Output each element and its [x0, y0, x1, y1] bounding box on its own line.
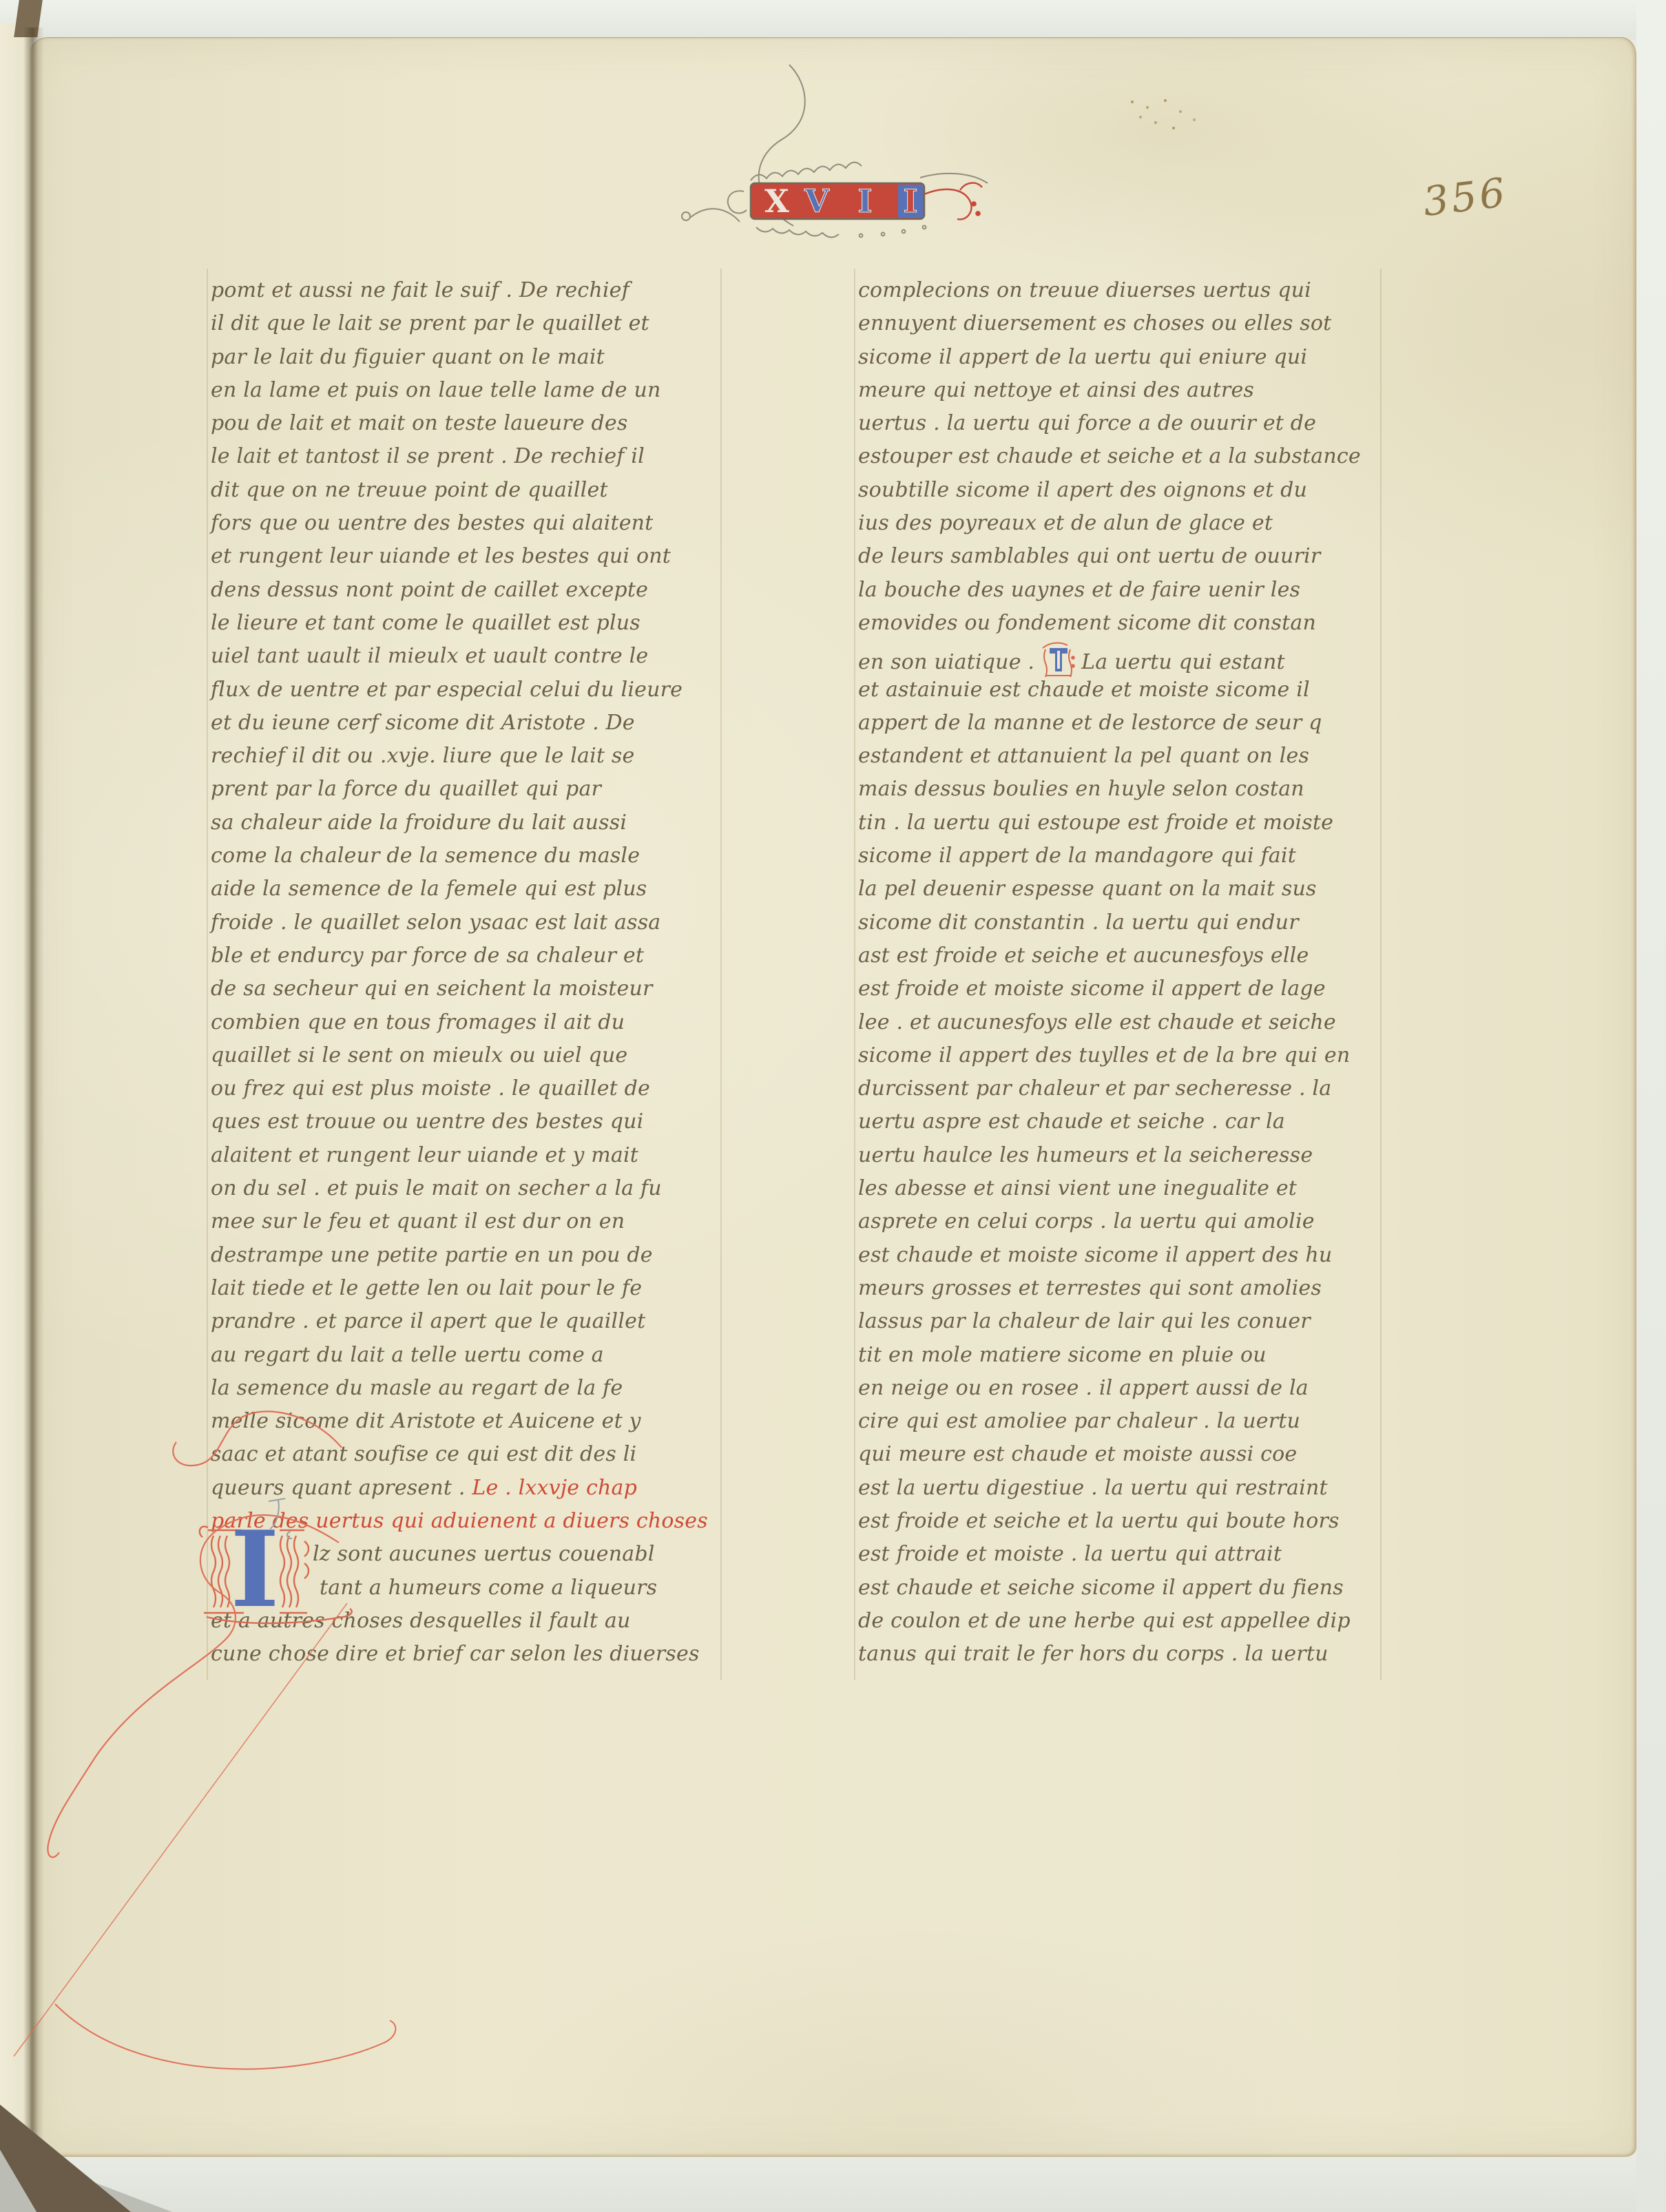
photo-bottom-strip [0, 2156, 1666, 2212]
manuscript-line: ius des poyreaux et de alun de glace et [858, 507, 1382, 540]
text-column-right: complecions on treuue diuerses uertus qu… [858, 274, 1382, 1671]
manuscript-line: appert de la manne et de lestorce de seu… [858, 707, 1382, 740]
manuscript-line: et astainuie est chaude et moiste sicome… [858, 674, 1382, 707]
manuscript-line: ast est froide et seiche et aucunesfoys … [858, 939, 1382, 972]
ruling-line [854, 269, 855, 1680]
body-text: ast est froide et seiche et aucunesfoys … [858, 943, 1309, 968]
manuscript-line: asprete en celui corps . la uertu qui am… [858, 1205, 1382, 1238]
body-text: et du ieune cerf sicome dit Aristote . D… [211, 711, 635, 735]
body-text: cire qui est amoliee par chaleur . la ue… [858, 1409, 1300, 1433]
body-text: sicome dit constantin . la uertu qui end… [858, 910, 1299, 935]
manuscript-line: prent par la force du quaillet qui par [211, 773, 722, 806]
manuscript-line: par le lait du figuier quant on le mait [211, 341, 722, 374]
manuscript-line: et du ieune cerf sicome dit Aristote . D… [211, 707, 722, 740]
photo-right-strip [1636, 0, 1666, 2212]
manuscript-line: ble et endurcy par force de sa chaleur e… [211, 939, 722, 972]
manuscript-line: en neige ou en rosee . il appert aussi d… [858, 1372, 1382, 1405]
manuscript-line: est la uertu digestiue . la uertu qui re… [858, 1472, 1382, 1505]
numeral-letter: V [804, 182, 830, 220]
manuscript-line: mee sur le feu et quant il est dur on en [211, 1205, 722, 1238]
body-text: en la lame et puis on laue telle lame de… [211, 378, 661, 402]
manuscript-line: lait tiede et le gette len ou lait pour … [211, 1272, 722, 1305]
body-text: lee . et aucunesfoys elle est chaude et … [858, 1010, 1336, 1034]
manuscript-line: sicome il appert des tuylles et de la br… [858, 1039, 1382, 1072]
manuscript-line: est chaude et seiche sicome il appert du… [858, 1572, 1382, 1605]
manuscript-line: destrampe une petite partie en un pou de [211, 1239, 722, 1272]
header-numeral-ornament: X V I I [647, 55, 1019, 241]
body-text: quaillet si le sent on mieulx ou uiel qu… [211, 1043, 627, 1067]
manuscript-line: est froide et seiche et la uertu qui bou… [858, 1505, 1382, 1538]
manuscript-line: combien que en tous fromages il ait du [211, 1006, 722, 1039]
manuscript-line: rechief il dit ou .xvje. liure que le la… [211, 740, 722, 773]
manuscript-line: de leurs samblables qui ont uertu de ouu… [858, 540, 1382, 573]
body-text: la pel deuenir espesse quant on la mait … [858, 877, 1317, 901]
numeral-letter: X [764, 182, 789, 220]
rubric-text: Le . lxxvje chap [472, 1476, 637, 1500]
manuscript-line: de sa secheur qui en seichent la moisteu… [211, 972, 722, 1005]
manuscript-line: complecions on treuue diuerses uertus qu… [858, 274, 1382, 307]
body-text: tin . la uertu qui estoupe est froide et… [858, 811, 1333, 835]
paragraph-mark-ornament [1041, 640, 1076, 678]
body-text: et astainuie est chaude et moiste sicome… [858, 678, 1310, 702]
manuscript-line: fors que ou uentre des bestes qui alaite… [211, 507, 722, 540]
body-text: il dit que le lait se prent par le quail… [211, 311, 649, 335]
body-text: est chaude et seiche sicome il appert du… [858, 1576, 1344, 1600]
body-text: estouper est chaude et seiche et a la su… [858, 444, 1361, 468]
manuscript-line: les abesse et ainsi vient une inegualite… [858, 1172, 1382, 1205]
manuscript-line: on du sel . et puis le mait on secher a … [211, 1172, 722, 1205]
manuscript-line: emovides ou fondement sicome dit constan [858, 607, 1382, 640]
body-text: sicome il appert de la mandagore qui fai… [858, 844, 1296, 868]
manuscript-line: lassus par la chaleur de lair qui les co… [858, 1305, 1382, 1338]
manuscript-line: durcissent par chaleur et par secheresse… [858, 1072, 1382, 1105]
body-text: ius des poyreaux et de alun de glace et [858, 511, 1273, 535]
body-text: sa chaleur aide la froidure du lait auss… [211, 811, 627, 835]
manuscript-line: aide la semence de la femele qui est plu… [211, 873, 722, 906]
numeral-letter: I [857, 182, 873, 220]
body-text: pou de lait et mait on teste laueure des [211, 411, 627, 435]
manuscript-line: meurs grosses et terrestes qui sont amol… [858, 1272, 1382, 1305]
body-text: ou frez qui est plus moiste . le quaille… [211, 1076, 650, 1100]
body-text: asprete en celui corps . la uertu qui am… [858, 1209, 1315, 1233]
manuscript-line: alaitent et rungent leur uiande et y mai… [211, 1139, 722, 1172]
manuscript-line: de coulon et de une herbe qui est appell… [858, 1605, 1382, 1638]
body-text: ennuyent diuersement es choses ou elles … [858, 311, 1331, 335]
body-text: ques est trouue ou uentre des bestes qui [211, 1109, 643, 1134]
body-text: est chaude et moiste sicome il appert de… [858, 1243, 1332, 1267]
manuscript-line: en la lame et puis on laue telle lame de… [211, 374, 722, 407]
body-text: combien que en tous fromages il ait du [211, 1010, 625, 1034]
body-text: froide . le quaillet selon ysaac est lai… [211, 910, 660, 935]
body-text: emovides ou fondement sicome dit constan [858, 611, 1316, 635]
manuscript-line: sa chaleur aide la froidure du lait auss… [211, 806, 722, 839]
body-text: aide la semence de la femele qui est plu… [211, 877, 647, 901]
body-text: lait tiede et le gette len ou lait pour … [211, 1276, 642, 1300]
body-text: uertus . la uertu qui force a de ouurir … [858, 411, 1316, 435]
manuscript-line: tit en mole matiere sicome en pluie ou [858, 1339, 1382, 1372]
body-text: on du sel . et puis le mait on secher a … [211, 1176, 662, 1200]
body-text: come la chaleur de la semence du masle [211, 844, 640, 868]
body-text: de sa secheur qui en seichent la moisteu… [211, 977, 653, 1001]
manuscript-line: uiel tant uault il mieulx et uault contr… [211, 640, 722, 673]
body-text: le lait et tantost il se prent . De rech… [211, 444, 645, 468]
manuscript-line: meure qui nettoye et ainsi des autres [858, 374, 1382, 407]
manuscript-line: en son uiatique . La uertu qui estant [858, 640, 1382, 673]
manuscript-line: dit que on ne treuue point de quaillet [211, 474, 722, 507]
manuscript-line: mais dessus boulies en huyle selon costa… [858, 773, 1382, 806]
body-text: tit en mole matiere sicome en pluie ou [858, 1343, 1267, 1367]
numeral-letter: I [903, 182, 918, 220]
body-text: au regart du lait a telle uertu come a [211, 1343, 604, 1367]
body-text: de leurs samblables qui ont uertu de ouu… [858, 544, 1320, 568]
body-text: sicome il appert des tuylles et de la br… [858, 1043, 1350, 1067]
manuscript-line: sicome il appert de la mandagore qui fai… [858, 839, 1382, 873]
manuscript-line: prandre . et parce il apert que le quail… [211, 1305, 722, 1338]
manuscript-line: cire qui est amoliee par chaleur . la ue… [858, 1405, 1382, 1438]
manuscript-line: uertus . la uertu qui force a de ouurir … [858, 407, 1382, 440]
body-text: alaitent et rungent leur uiande et y mai… [211, 1143, 638, 1167]
body-text: durcissent par chaleur et par secheresse… [858, 1076, 1331, 1100]
manuscript-line: estouper est chaude et seiche et a la su… [858, 440, 1382, 473]
body-text: ble et endurcy par force de sa chaleur e… [211, 943, 644, 968]
manuscript-line: ques est trouue ou uentre des bestes qui [211, 1105, 722, 1138]
manuscript-line: ou frez qui est plus moiste . le quaille… [211, 1072, 722, 1105]
body-text: uertu haulce les humeurs et la seicheres… [858, 1143, 1313, 1167]
body-text: rechief il dit ou .xvje. liure que le la… [211, 744, 634, 768]
manuscript-line: et rungent leur uiande et les bestes qui… [211, 540, 722, 573]
body-text: le lieure et tant come le quaillet est p… [211, 611, 641, 635]
body-text: sicome il appert de la uertu qui eniure … [858, 345, 1307, 369]
body-text: uiel tant uault il mieulx et uault contr… [211, 644, 648, 668]
body-text: dens dessus nont point de caillet except… [211, 578, 648, 602]
body-text: pomt et aussi ne fait le suif . De rechi… [211, 278, 629, 302]
manuscript-line: soubtille sicome il apert des oignons et… [858, 474, 1382, 507]
manuscript-photo: X V I I 356 pomt et aussi ne fait le sui… [0, 0, 1666, 2212]
manuscript-line: quaillet si le sent on mieulx ou uiel qu… [211, 1039, 722, 1072]
body-text: est froide et moiste sicome il appert de… [858, 977, 1326, 1001]
body-text: tanus qui trait le fer hors du corps . l… [858, 1642, 1329, 1666]
manuscript-line: au regart du lait a telle uertu come a [211, 1339, 722, 1372]
body-text: dit que on ne treuue point de quaillet [211, 478, 608, 502]
body-text: est froide et moiste . la uertu qui attr… [858, 1542, 1282, 1566]
body-text: destrampe une petite partie en un pou de [211, 1243, 653, 1267]
body-text: est la uertu digestiue . la uertu qui re… [858, 1476, 1328, 1500]
body-text: complecions on treuue diuerses uertus qu… [858, 278, 1311, 302]
body-text: et rungent leur uiande et les bestes qui… [211, 544, 671, 568]
photo-top-strip [0, 0, 1666, 40]
manuscript-line: il dit que le lait se prent par le quail… [211, 307, 722, 340]
body-text: la bouche des uaynes et de faire uenir l… [858, 578, 1300, 602]
manuscript-line: tanus qui trait le fer hors du corps . l… [858, 1638, 1382, 1671]
body-text: lassus par la chaleur de lair qui les co… [858, 1309, 1311, 1333]
parchment-stain [1131, 101, 1134, 103]
body-text: meurs grosses et terrestes qui sont amol… [858, 1276, 1322, 1300]
body-text: meure qui nettoye et ainsi des autres [858, 378, 1254, 402]
manuscript-line: estandent et attanuient la pel quant on … [858, 740, 1382, 773]
body-text: les abesse et ainsi vient une inegualite… [858, 1176, 1297, 1200]
body-text: mee sur le feu et quant il est dur on en [211, 1209, 625, 1233]
manuscript-line: la pel deuenir espesse quant on la mait … [858, 873, 1382, 906]
body-text: en son uiatique . [858, 650, 1034, 674]
body-text: de coulon et de une herbe qui est appell… [858, 1609, 1351, 1633]
manuscript-line: est chaude et moiste sicome il appert de… [858, 1239, 1382, 1272]
manuscript-line: est froide et moiste . la uertu qui attr… [858, 1538, 1382, 1571]
body-text: fors que ou uentre des bestes qui alaite… [211, 511, 653, 535]
manuscript-line: uertu aspre est chaude et seiche . car l… [858, 1105, 1382, 1138]
manuscript-line: est froide et moiste sicome il appert de… [858, 972, 1382, 1005]
manuscript-line: la bouche des uaynes et de faire uenir l… [858, 574, 1382, 607]
manuscript-line: uertu haulce les humeurs et la seicheres… [858, 1139, 1382, 1172]
body-text: prandre . et parce il apert que le quail… [211, 1309, 645, 1333]
manuscript-line: froide . le quaillet selon ysaac est lai… [211, 906, 722, 939]
body-text: soubtille sicome il apert des oignons et… [858, 478, 1307, 502]
numeral-band: X V I I [751, 182, 924, 220]
manuscript-line: sicome il appert de la uertu qui eniure … [858, 341, 1382, 374]
body-text: mais dessus boulies en huyle selon costa… [858, 777, 1304, 801]
manuscript-line: sicome dit constantin . la uertu qui end… [858, 906, 1382, 939]
body-text: flux de uentre et par especial celui du … [211, 678, 683, 702]
body-text: par le lait du figuier quant on le mait [211, 345, 605, 369]
body-text: prent par la force du quaillet qui par [211, 777, 601, 801]
body-text: La uertu qui estant [1081, 650, 1285, 674]
manuscript-line: dens dessus nont point de caillet except… [211, 574, 722, 607]
manuscript-line: come la chaleur de la semence du masle [211, 839, 722, 873]
manuscript-line: tin . la uertu qui estoupe est froide et… [858, 806, 1382, 839]
body-text: est froide et seiche et la uertu qui bou… [858, 1509, 1340, 1533]
manuscript-line: ennuyent diuersement es choses ou elles … [858, 307, 1382, 340]
manuscript-line: le lieure et tant come le quaillet est p… [211, 607, 722, 640]
manuscript-line: pomt et aussi ne fait le suif . De rechi… [211, 274, 722, 307]
body-text: qui meure est chaude et moiste aussi coe [858, 1442, 1297, 1466]
manuscript-line: le lait et tantost il se prent . De rech… [211, 440, 722, 473]
margin-flourish [12, 1397, 412, 2154]
body-text: appert de la manne et de lestorce de seu… [858, 711, 1322, 735]
manuscript-line: pou de lait et mait on teste laueure des [211, 407, 722, 440]
body-text: estandent et attanuient la pel quant on … [858, 744, 1309, 768]
manuscript-line: flux de uentre et par especial celui du … [211, 674, 722, 707]
body-text: en neige ou en rosee . il appert aussi d… [858, 1376, 1309, 1400]
manuscript-line: qui meure est chaude et moiste aussi coe [858, 1438, 1382, 1471]
body-text: uertu aspre est chaude et seiche . car l… [858, 1109, 1285, 1134]
manuscript-line: lee . et aucunesfoys elle est chaude et … [858, 1006, 1382, 1039]
red-flourish [924, 183, 982, 220]
